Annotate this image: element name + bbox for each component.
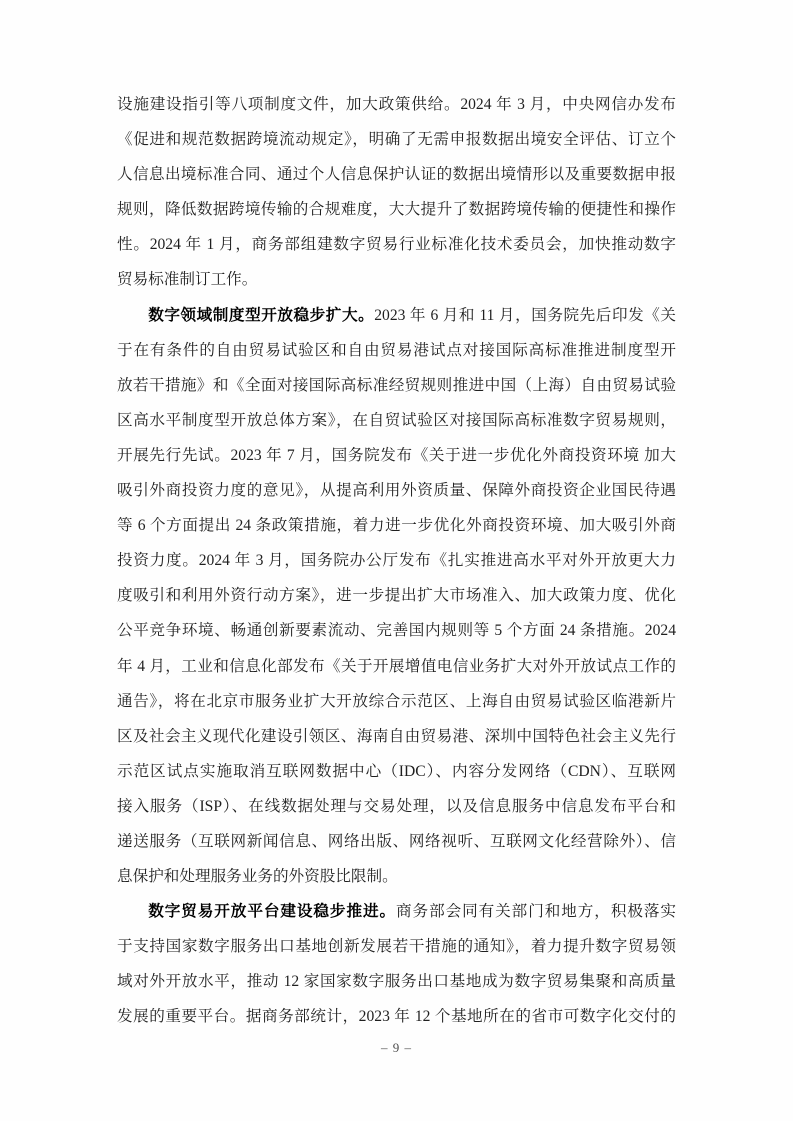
paragraph-lead-bold: 数字领域制度型开放稳步扩大。 <box>148 307 374 324</box>
paragraph: 设施建设指引等八项制度文件，加大政策供给。2024 年 3 月，中央网信办发布《… <box>117 87 676 298</box>
text-segment: 区及社会主义现代化建设引领区、海南自由贸易港、深圳中国特色社会主义先行 <box>117 728 676 745</box>
text-segment: 示范区试点实施取消互联网数据中心（IDC）、内容分发网络（CDN）、互联网 <box>117 763 676 780</box>
text-segment: 投资力度。2024 年 3 月，国务院办公厅发布《扎实推进高水平对外开放更大力 <box>117 552 676 569</box>
text-segment: 性。2024 年 1 月，商务部组建数字贸易行业标准化技术委员会，加快推动数字 <box>117 236 676 253</box>
text-line: 数字贸易开放平台建设稳步推进。商务部会同有关部门和地方，积极落实《关 <box>117 894 676 929</box>
text-line: 通告》，将在北京市服务业扩大开放综合示范区、上海自由贸易试验区临港新片 <box>117 684 676 719</box>
text-segment: 接入服务（ISP）、在线数据处理与交易处理，以及信息服务中信息发布平台和 <box>117 798 676 815</box>
text-segment: 发展的重要平台。据商务部统计，2023 年 12 个基地所在的省市可数字化交付的 <box>117 1008 676 1025</box>
text-line: 公平竞争环境、畅通创新要素流动、完善国内规则等 5 个方面 24 条措施。202… <box>117 613 676 648</box>
text-line: 示范区试点实施取消互联网数据中心（IDC）、内容分发网络（CDN）、互联网 <box>117 754 676 789</box>
text-line: 设施建设指引等八项制度文件，加大政策供给。2024 年 3 月，中央网信办发布 <box>117 87 676 122</box>
text-segment: 息保护和处理服务业务的外资股比限制。 <box>117 868 398 885</box>
text-line: 发展的重要平台。据商务部统计，2023 年 12 个基地所在的省市可数字化交付的 <box>117 999 676 1034</box>
text-line: 人信息出境标准合同、通过个人信息保护认证的数据出境情形以及重要数据申报 <box>117 157 676 192</box>
text-line: 规则，降低数据跨境传输的合规难度，大大提升了数据跨境传输的便捷性和操作 <box>117 192 676 227</box>
text-segment: 人信息出境标准合同、通过个人信息保护认证的数据出境情形以及重要数据申报 <box>117 166 676 183</box>
text-line: 度吸引和利用外资行动方案》，进一步提出扩大市场准入、加大政策力度、优化 <box>117 578 676 613</box>
page-number: – 9 – <box>381 1040 412 1055</box>
text-line: 贸易标准制订工作。 <box>117 262 676 297</box>
text-segment: 于在有条件的自由贸易试验区和自由贸易港试点对接国际高标准推进制度型开 <box>117 342 676 359</box>
text-segment: 域对外开放水平，推动 12 家国家数字服务出口基地成为数字贸易集聚和高质量 <box>117 973 676 990</box>
text-segment: 递送服务（互联网新闻信息、网络出版、网络视听、互联网文化经营除外）、信 <box>117 833 676 850</box>
text-line: 域对外开放水平，推动 12 家国家数字服务出口基地成为数字贸易集聚和高质量 <box>117 964 676 999</box>
text-segment: 设施建设指引等八项制度文件，加大政策供给。2024 年 3 月，中央网信办发布 <box>117 96 676 113</box>
text-segment: 于支持国家数字服务出口基地创新发展若干措施的通知》，着力提升数字贸易领 <box>117 938 676 955</box>
paragraph: 数字领域制度型开放稳步扩大。2023 年 6 月和 11 月，国务院先后印发《关… <box>117 298 676 895</box>
text-line: 于在有条件的自由贸易试验区和自由贸易港试点对接国际高标准推进制度型开 <box>117 333 676 368</box>
text-segment: 公平竞争环境、畅通创新要素流动、完善国内规则等 5 个方面 24 条措施。202… <box>117 622 676 639</box>
text-line: 区高水平制度型开放总体方案》，在自贸试验区对接国际高标准数字贸易规则， <box>117 403 676 438</box>
text-line: 息保护和处理服务业务的外资股比限制。 <box>117 859 676 894</box>
text-line: 数字领域制度型开放稳步扩大。2023 年 6 月和 11 月，国务院先后印发《关 <box>117 298 676 333</box>
text-segment: 《促进和规范数据跨境流动规定》，明确了无需申报数据出境安全评估、订立个 <box>117 131 676 148</box>
text-line: 递送服务（互联网新闻信息、网络出版、网络视听、互联网文化经营除外）、信 <box>117 824 676 859</box>
paragraph: 数字贸易开放平台建设稳步推进。商务部会同有关部门和地方，积极落实《关于支持国家数… <box>117 894 676 1034</box>
page-footer: – 9 – <box>0 1040 793 1056</box>
document-body: 设施建设指引等八项制度文件，加大政策供给。2024 年 3 月，中央网信办发布《… <box>117 87 676 1035</box>
text-segment: 放若干措施》和《全面对接国际高标准经贸规则推进中国（上海）自由贸易试验 <box>117 377 676 394</box>
text-segment: 度吸引和利用外资行动方案》，进一步提出扩大市场准入、加大政策力度、优化 <box>117 587 676 604</box>
text-line: 开展先行先试。2023 年 7 月，国务院发布《关于进一步优化外商投资环境 加大 <box>117 438 676 473</box>
text-segment: 吸引外商投资力度的意见》，从提高利用外资质量、保障外商投资企业国民待遇 <box>117 482 676 499</box>
text-segment: 通告》，将在北京市服务业扩大开放综合示范区、上海自由贸易试验区临港新片 <box>117 693 676 710</box>
text-line: 吸引外商投资力度的意见》，从提高利用外资质量、保障外商投资企业国民待遇 <box>117 473 676 508</box>
text-line: 年 4 月，工业和信息化部发布《关于开展增值电信业务扩大对外开放试点工作的 <box>117 649 676 684</box>
text-segment: 贸易标准制订工作。 <box>117 271 257 288</box>
text-line: 等 6 个方面提出 24 条政策措施，着力进一步优化外商投资环境、加大吸引外商 <box>117 508 676 543</box>
text-segment: 等 6 个方面提出 24 条政策措施，着力进一步优化外商投资环境、加大吸引外商 <box>117 517 676 534</box>
document-page: 设施建设指引等八项制度文件，加大政策供给。2024 年 3 月，中央网信办发布《… <box>0 0 793 1121</box>
text-segment: 开展先行先试。2023 年 7 月，国务院发布《关于进一步优化外商投资环境 加大 <box>117 447 676 464</box>
text-segment: 区高水平制度型开放总体方案》，在自贸试验区对接国际高标准数字贸易规则， <box>117 412 676 429</box>
text-line: 接入服务（ISP）、在线数据处理与交易处理，以及信息服务中信息发布平台和 <box>117 789 676 824</box>
text-line: 于支持国家数字服务出口基地创新发展若干措施的通知》，着力提升数字贸易领 <box>117 929 676 964</box>
text-line: 投资力度。2024 年 3 月，国务院办公厅发布《扎实推进高水平对外开放更大力 <box>117 543 676 578</box>
paragraph-lead-bold: 数字贸易开放平台建设稳步推进。 <box>148 903 396 920</box>
text-line: 区及社会主义现代化建设引领区、海南自由贸易港、深圳中国特色社会主义先行 <box>117 719 676 754</box>
text-line: 性。2024 年 1 月，商务部组建数字贸易行业标准化技术委员会，加快推动数字 <box>117 227 676 262</box>
text-line: 《促进和规范数据跨境流动规定》，明确了无需申报数据出境安全评估、订立个 <box>117 122 676 157</box>
text-line: 放若干措施》和《全面对接国际高标准经贸规则推进中国（上海）自由贸易试验 <box>117 368 676 403</box>
text-segment: 2023 年 6 月和 11 月，国务院先后印发《关 <box>374 307 676 324</box>
text-segment: 年 4 月，工业和信息化部发布《关于开展增值电信业务扩大对外开放试点工作的 <box>117 658 676 675</box>
text-segment: 规则，降低数据跨境传输的合规难度，大大提升了数据跨境传输的便捷性和操作 <box>117 201 676 218</box>
